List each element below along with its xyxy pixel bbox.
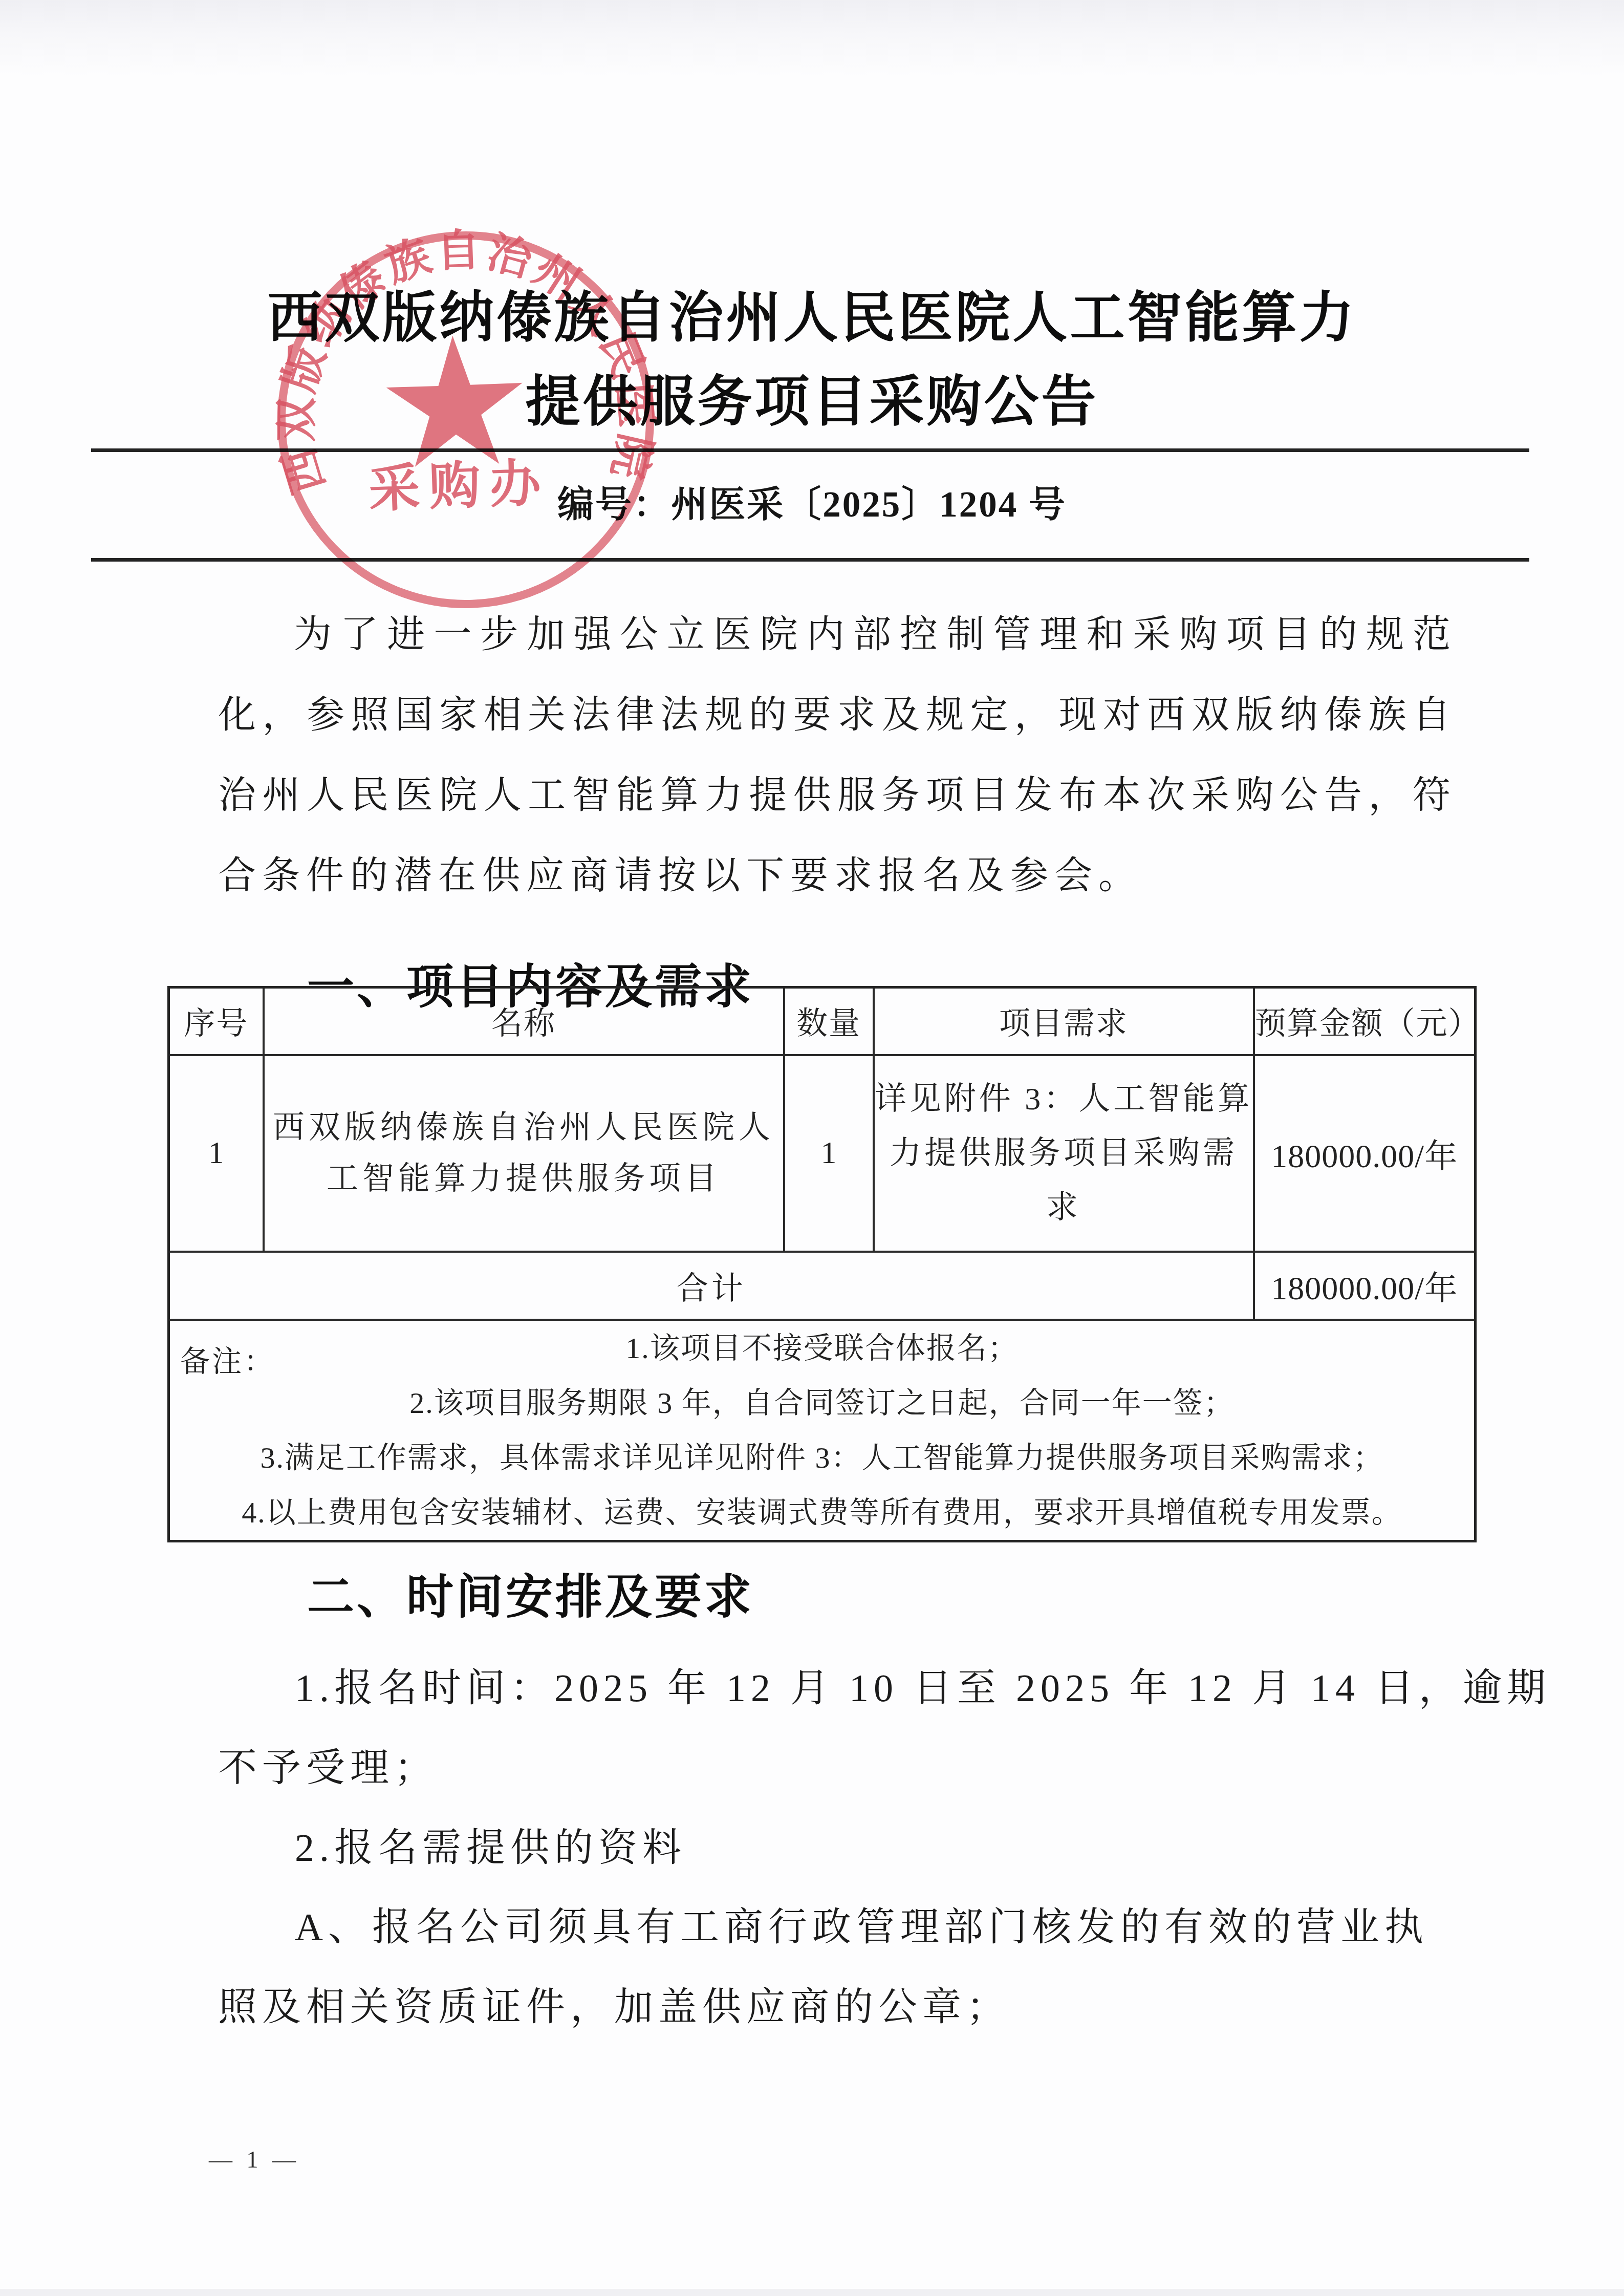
remarks-cell: 备注： 1.该项目不接受联合体报名； 2.该项目服务期限 3 年，自合同签订之日…: [169, 1320, 1476, 1541]
header-seq: 序号: [169, 988, 264, 1055]
section2-line-3: 2.报名需提供的资料: [218, 1816, 1477, 1872]
header-budget: 预算金额（元）: [1254, 988, 1476, 1055]
section2-heading: 二、时间安排及要求: [307, 1559, 754, 1627]
procurement-seal: 西双版纳傣族自治州人民医院 采购办: [262, 216, 669, 624]
cell-name: 西双版纳傣族自治州人民医院人工智能算力提供服务项目: [264, 1055, 784, 1252]
header-qty: 数量: [784, 988, 874, 1055]
table-remarks-row: 备注： 1.该项目不接受联合体报名； 2.该项目服务期限 3 年，自合同签订之日…: [169, 1320, 1476, 1541]
page-number: — 1 —: [209, 2146, 300, 2173]
cell-seq: 1: [169, 1055, 264, 1252]
cell-requirement: 详见附件 3：人工智能算力提供服务项目采购需求: [874, 1055, 1254, 1252]
total-value: 180000.00/年: [1254, 1252, 1476, 1320]
section2-line-1: 1.报名时间：2025 年 12 月 10 日至 2025 年 12 月 14 …: [218, 1657, 1477, 1712]
cell-qty: 1: [784, 1055, 874, 1252]
remark-item-4: 4.以上费用包含安装辅材、运费、安装调式费等所有费用，要求开具增值税专用发票。: [170, 1485, 1474, 1540]
scanned-procurement-announcement: 西双版纳傣族自治州人民医院人工智能算力 提供服务项目采购公告 编号：州医采〔20…: [0, 0, 1624, 2296]
page-title-line1: 西双版纳傣族自治州人民医院人工智能算力: [0, 275, 1624, 359]
header-requirement: 项目需求: [874, 988, 1254, 1055]
scan-artifact-bottom: [0, 2289, 1624, 2296]
section2-line-5: 照及相关资质证件，加盖供应商的公章；: [218, 1976, 1477, 2031]
header-name: 名称: [264, 988, 784, 1055]
cell-budget: 180000.00/年: [1254, 1055, 1476, 1252]
scan-artifact-top: [0, 0, 1624, 77]
table-row: 1 西双版纳傣族自治州人民医院人工智能算力提供服务项目 1 详见附件 3：人工智…: [169, 1055, 1476, 1252]
section2-line-2: 不予受理；: [218, 1736, 1477, 1792]
remark-item-2: 2.该项目服务期限 3 年，自合同签订之日起，合同一年一签；: [170, 1376, 1474, 1430]
page-title: 西双版纳傣族自治州人民医院人工智能算力 提供服务项目采购公告: [0, 275, 1624, 443]
document-number-value: 州医采〔2025〕1204 号: [671, 485, 1067, 525]
remarks-label: 备注：: [180, 1334, 275, 1389]
total-label: 合计: [169, 1252, 1254, 1320]
procurement-items-table: 序号 名称 数量 项目需求 预算金额（元） 1 西双版纳傣族自治州人民医院人工智…: [167, 986, 1477, 1542]
page-title-line2: 提供服务项目采购公告: [0, 359, 1624, 443]
table-total-row: 合计 180000.00/年: [169, 1252, 1476, 1320]
seal-star-icon: [384, 333, 525, 467]
table-header-row: 序号 名称 数量 项目需求 预算金额（元）: [169, 988, 1476, 1055]
section2-line-4: A、报名公司须具有工商行政管理部门核发的有效的营业执: [218, 1896, 1477, 1951]
seal-office-text: 采购办: [368, 455, 551, 518]
remark-item-3: 3.满足工作需求，具体需求详见详见附件 3：人工智能算力提供服务项目采购需求；: [170, 1430, 1474, 1485]
document-number-line: 编号：州医采〔2025〕1204 号: [0, 475, 1624, 527]
remark-item-1: 1.该项目不接受联合体报名；: [170, 1321, 1474, 1376]
intro-paragraph: 为了进一步加强公立医院内部控制管理和采购项目的规范化，参照国家相关法律法规的要求…: [218, 595, 1457, 916]
